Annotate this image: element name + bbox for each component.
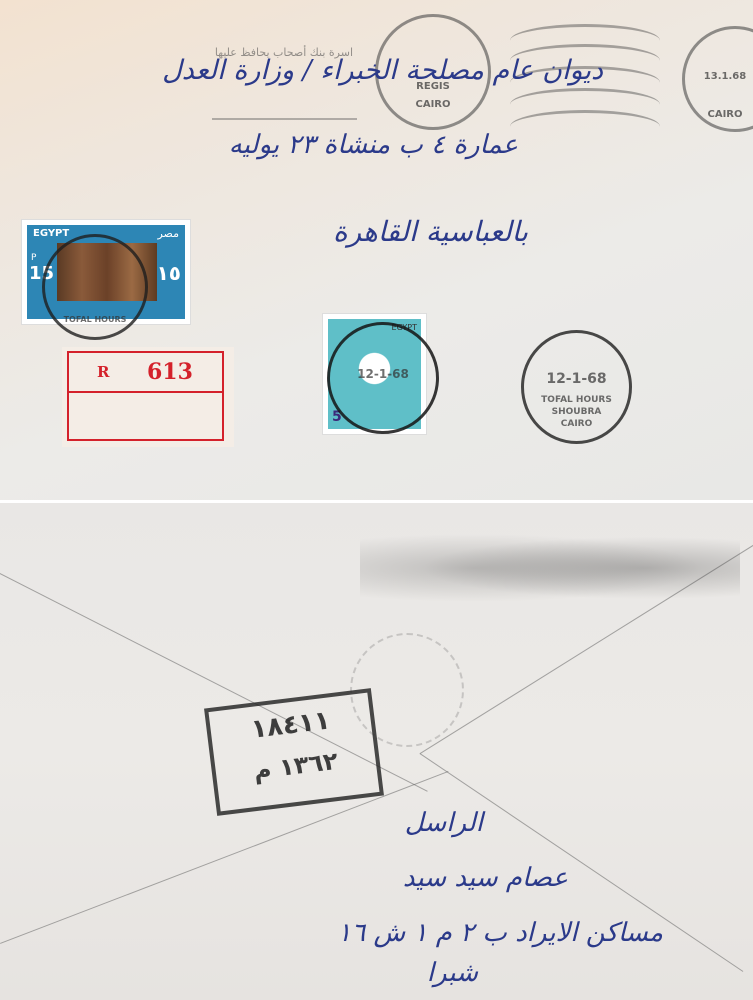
envelope-front: اسرة بنك أصحاب يحافظ عليها REGIS CAIRO 1… [0, 0, 753, 500]
postage-stamp-5m: EGYPT 5 12-1-68 [323, 314, 426, 434]
stamp-2-cancel: 12-1-68 [327, 322, 439, 434]
postmark: 12-1-68 TOFAL HOURS SHOUBRA CAIRO [521, 330, 632, 444]
machine-cancel-circle-2: 13.1.68 CAIRO [682, 26, 753, 132]
stamp-2-cancel-date: 12-1-68 [330, 367, 436, 381]
sender-city: شبرا [427, 958, 478, 988]
postmark-line1: TOFAL HOURS [524, 395, 629, 405]
postage-stamp-15p: EGYPT مصر P 15 ١٥ TOFAL HOURS [22, 220, 190, 324]
stamp-country: EGYPT [33, 228, 69, 239]
registration-label: R 613 [62, 347, 234, 447]
stamp-1-cancel-line1: TOFAL HOURS [45, 315, 145, 324]
machine-cancel-date: 13.1.68 [675, 71, 753, 82]
address-line-3: بالعباسية القاهرة [333, 215, 528, 248]
sender-name: عصام سيد سيد [403, 863, 568, 893]
smudged-postmark [360, 528, 740, 608]
postmark-line2: SHOUBRA [524, 407, 629, 417]
machine-cancel-city-2: CAIRO [675, 109, 753, 120]
registration-number: 613 [147, 359, 193, 385]
postmark-line3: CAIRO [524, 419, 629, 429]
postmark-date: 12-1-68 [524, 371, 629, 387]
box-stamp-line2: ١٣٦٢ م [215, 742, 377, 789]
sender-heading: الراسل [405, 808, 483, 838]
stamp-1-cancel: TOFAL HOURS [42, 234, 148, 340]
stamp-unit: P [31, 253, 36, 263]
registration-prefix: R [97, 363, 109, 381]
address-line-2: عمارة ٤ ب منشاة ٢٣ يوليه [229, 130, 518, 160]
envelope-back: ١٨٤١١ ١٣٦٢ م الراسل عصام سيد سيد مساكن ا… [0, 503, 753, 1000]
sender-address: مساكن الايراد ب ٢ م ١ ش ١٦ [337, 918, 663, 948]
address-line-1: ديوان عام مصلحة الخبراء / وزارة العدل [162, 55, 603, 86]
box-stamp-line1: ١٨٤١١ [209, 701, 371, 750]
stamp-arabic-value: ١٥ [157, 261, 181, 285]
machine-cancel-city: CAIRO [378, 99, 488, 110]
stamp-arabic-country: مصر [157, 227, 179, 240]
box-stamp: ١٨٤١١ ١٣٦٢ م [204, 688, 384, 816]
